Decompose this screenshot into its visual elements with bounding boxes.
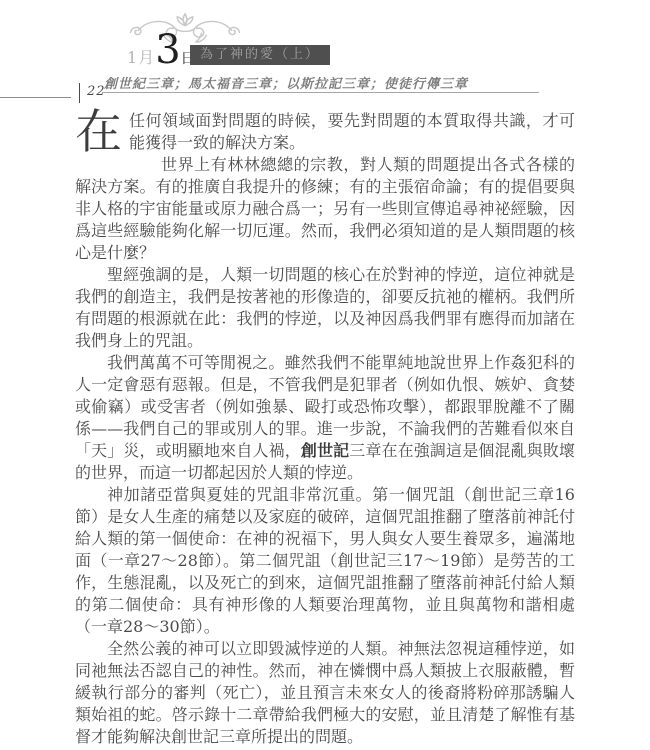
series-title-badge: 為了神的愛（上）: [190, 45, 330, 65]
date-month: 1月: [127, 48, 155, 67]
emphasis-text: 創世記: [301, 441, 349, 460]
paragraph: 全然公義的神可以立即毀滅悖逆的人類。神無法忽視這種悖逆，如同祂無法否認自己的神性…: [75, 638, 575, 748]
left-edge-rule: [0, 97, 71, 98]
reading-plan: 創世紀三章；馬太福音三章；以斯拉記三章；使徒行傳三章: [104, 73, 468, 92]
drop-cap: 在: [75, 110, 129, 155]
paragraph: 我們萬萬不可等閒視之。雖然我們不能單純地說世界上作姦犯科的人一定會惡有惡報。但是…: [75, 352, 575, 484]
book-page: 1月3日 為了神的愛（上） 22 創世紀三章；馬太福音三章；以斯拉記三章；使徒行…: [0, 0, 650, 750]
text-segment: 神加諸亞當與夏娃的咒詛非常沉重。第一個咒詛（創世記三章16節）是女人生產的痛楚以…: [75, 485, 575, 636]
paragraph: 神加諸亞當與夏娃的咒詛非常沉重。第一個咒詛（創世記三章16節）是女人生產的痛楚以…: [75, 484, 575, 638]
paragraph: 在任何領域面對問題的時候，要先對問題的本質取得共識，才可能獲得一致的解決方案。: [75, 110, 575, 154]
text-segment: 任何領域面對問題的時候，要先對問題的本質取得共識，才可能獲得一致的解決方案。: [129, 111, 575, 152]
date: 1月3日: [127, 30, 195, 70]
page-number-tick: [79, 83, 80, 103]
text-segment: 全然公義的神可以立即毀滅悖逆的人類。神無法忽視這種悖逆，如同祂無法否認自己的神性…: [75, 639, 575, 746]
paragraph: 聖經強調的是，人類一切問題的核心在於對神的悖逆，這位神就是我們的創造主，我們是按…: [75, 264, 575, 352]
text-segment: 世界上有林林總總的宗教，對人類的問題提出各式各樣的解決方案。有的推廣自我提升的修…: [75, 155, 575, 262]
body-text: 在任何領域面對問題的時候，要先對問題的本質取得共識，才可能獲得一致的解決方案。世…: [75, 110, 575, 748]
text-segment: 聖經強調的是，人類一切問題的核心在於對神的悖逆，這位神就是我們的創造主，我們是按…: [75, 265, 575, 350]
date-day: 3: [155, 27, 180, 73]
paragraph: 世界上有林林總總的宗教，對人類的問題提出各式各樣的解決方案。有的推廣自我提升的修…: [75, 154, 575, 264]
header-rule: [102, 92, 539, 93]
